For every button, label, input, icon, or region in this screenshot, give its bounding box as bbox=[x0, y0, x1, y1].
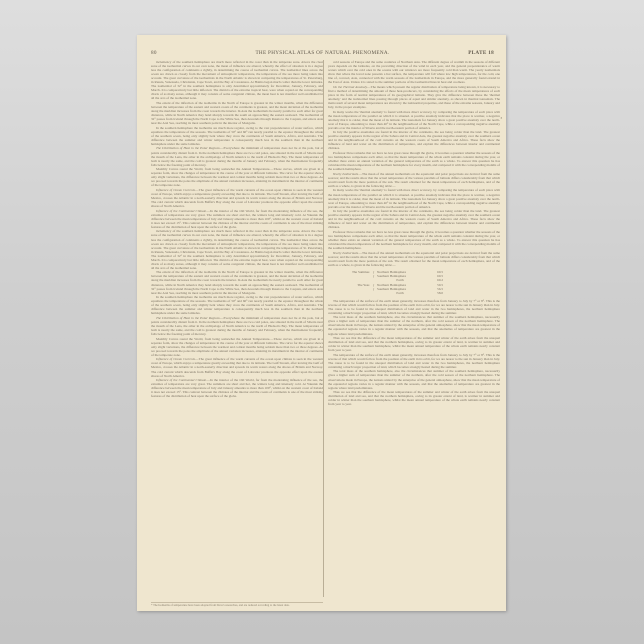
paragraph: Professor Dove remarks that we have no l… bbox=[328, 230, 500, 250]
paragraph: Influence of the Continental Climate.—In… bbox=[151, 378, 323, 398]
section-heading: Yearly Isothermals.— bbox=[333, 251, 362, 255]
paragraph: Yearly Isothermals.—The mean of the annu… bbox=[328, 251, 500, 267]
paragraph: Thus we see that the difference of the m… bbox=[328, 390, 500, 406]
paragraph: Yearly Isothermals.—The mean of the annu… bbox=[328, 172, 500, 188]
section-heading: On the Thermal Anomaly.— bbox=[333, 85, 371, 89]
page-header: 80 THE PHYSICAL ATLAS OF NATURAL PHENOME… bbox=[151, 49, 494, 57]
section-heading: Influence of the Continental Climate.— bbox=[156, 209, 210, 213]
paragraph: The extent of the inflection of the isot… bbox=[151, 101, 323, 125]
document-page: 80 THE PHYSICAL ATLAS OF NATURAL PHENOME… bbox=[137, 35, 506, 611]
paragraph: In many works the 'thermal anomaly' is f… bbox=[328, 188, 500, 208]
paragraph: In the southern hemisphere the isotherms… bbox=[151, 126, 323, 146]
footnote: * The Isotherms of temperature have been… bbox=[151, 602, 323, 608]
section-heading: Yearly Isothermals.— bbox=[333, 172, 362, 176]
left-column: inclemency of the southern hemisphere ar… bbox=[151, 60, 323, 593]
paragraph: The temperature of the surface of the ea… bbox=[328, 299, 500, 315]
paragraph: cold seasons of Europe and the same coun… bbox=[328, 60, 500, 84]
paragraph: Thus we see that the difference of the m… bbox=[328, 336, 500, 352]
paragraph: In many works the 'thermal anomaly' is f… bbox=[328, 110, 500, 130]
margin-mark: r bbox=[501, 115, 502, 120]
paragraph: The Distribution of Heat in the Polar Re… bbox=[151, 146, 323, 166]
paragraph: inclemency of the southern hemisphere ar… bbox=[151, 60, 323, 100]
running-title: THE PHYSICAL ATLAS OF NATURAL PHENOMENA. bbox=[151, 49, 494, 57]
paragraph: The temperature of the surface of the ea… bbox=[328, 353, 500, 369]
paragraph: inclemency of the southern hemisphere ar… bbox=[151, 229, 323, 269]
section-heading: Influence of Ocean Currents.— bbox=[156, 357, 199, 361]
paragraph: Monthly Curves round the World, from bei… bbox=[151, 337, 323, 357]
paragraph: Influence of Ocean Currents.—The great i… bbox=[151, 188, 323, 208]
paragraph: In the southern hemisphere the isotherms… bbox=[151, 295, 323, 315]
paragraph: In July the positive anomalies are found… bbox=[328, 130, 500, 150]
paragraph: Influence of the Continental Climate.—In… bbox=[151, 209, 323, 229]
paragraph: The total mass of the southern hemispher… bbox=[328, 369, 500, 389]
paragraph: Influence of Ocean Currents.—The great i… bbox=[151, 357, 323, 377]
paragraph: Monthly Curves round the World, from bei… bbox=[151, 167, 323, 187]
section-heading: The Distribution of Heat in the Polar Re… bbox=[156, 316, 224, 320]
row-label: Earth bbox=[377, 291, 423, 295]
paragraph: The extent of the inflection of the isot… bbox=[151, 270, 323, 294]
paragraph: The total mass of the southern hemispher… bbox=[328, 315, 500, 335]
temperature-table: The Summer.{Northern Hemisphere60.5{Sout… bbox=[346, 270, 500, 296]
paragraph: The Distribution of Heat in the Polar Re… bbox=[151, 316, 323, 336]
paragraph: Professor Dove remarks that we have no l… bbox=[328, 151, 500, 171]
paragraph: On the Thermal Anomaly.—The means which … bbox=[328, 85, 500, 109]
column-divider bbox=[323, 60, 324, 597]
table-row: Earth58.0 bbox=[346, 291, 500, 295]
section-heading: Influence of Ocean Currents.— bbox=[156, 188, 199, 192]
row-value: 58.0 bbox=[423, 291, 443, 295]
section-heading: The Distribution of Heat in the Polar Re… bbox=[156, 146, 224, 150]
right-column: cold seasons of Europe and the same coun… bbox=[328, 60, 500, 593]
section-heading: Influence of the Continental Climate.— bbox=[156, 378, 210, 382]
plate-number: PLATE 18 bbox=[468, 49, 494, 57]
paragraph: In July the positive anomalies are found… bbox=[328, 209, 500, 229]
row-group bbox=[346, 291, 373, 295]
